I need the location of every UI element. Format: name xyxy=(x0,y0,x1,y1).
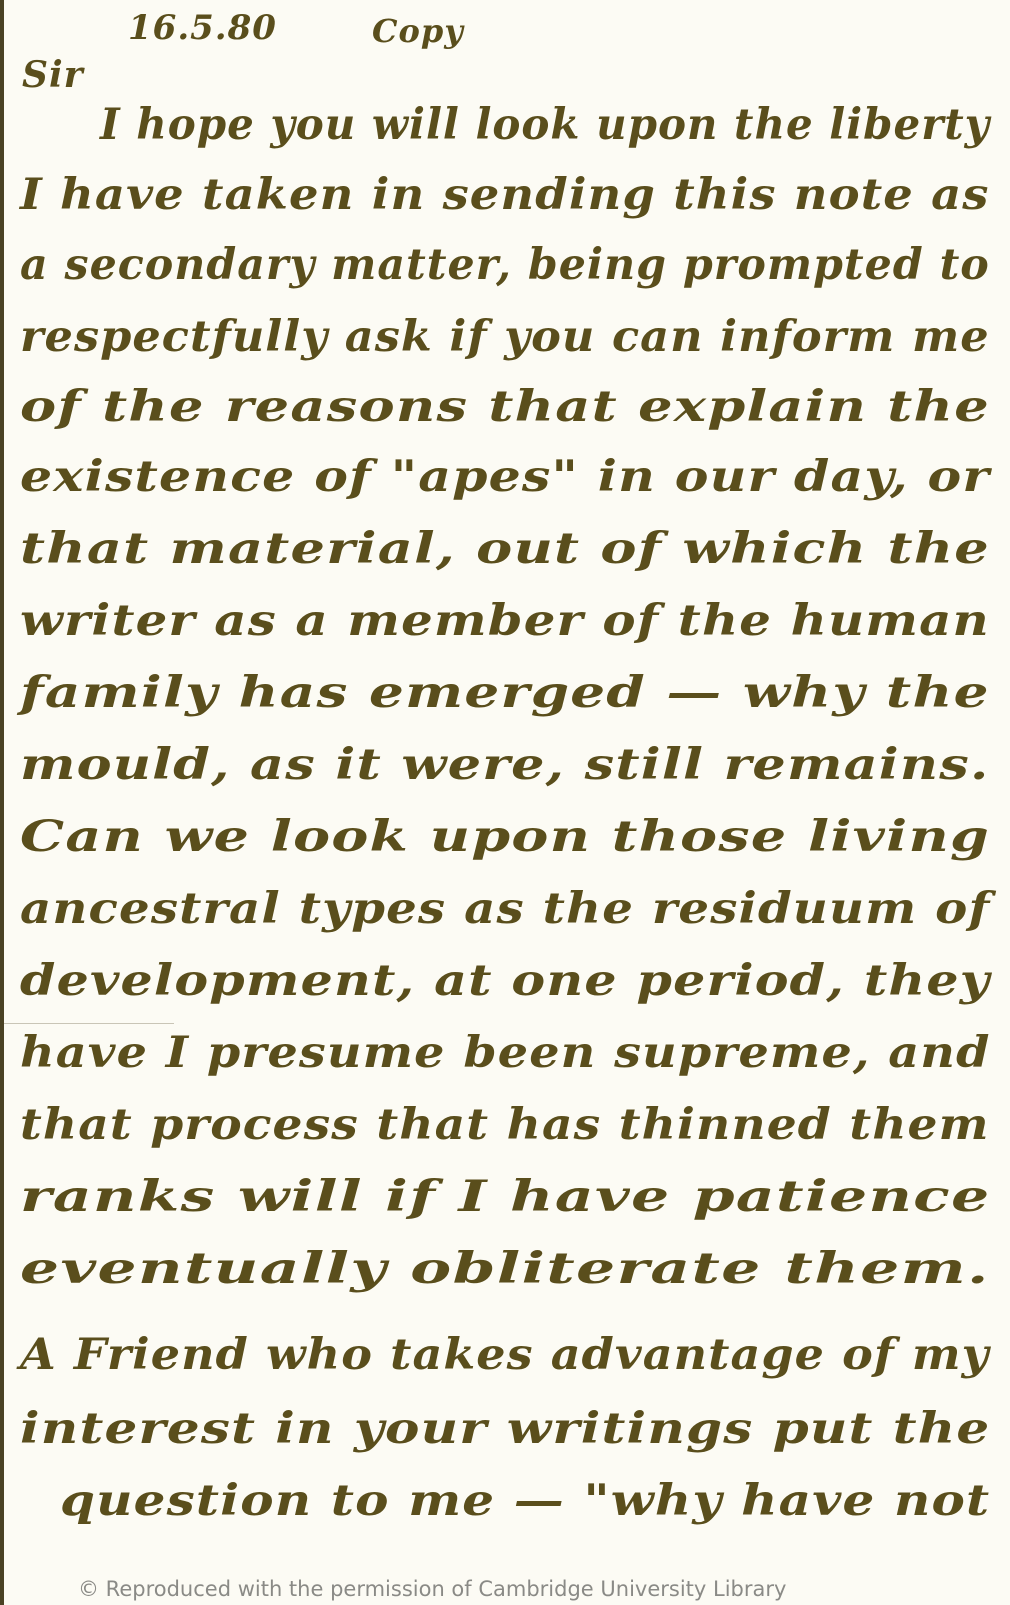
letter-line: question to me — "why have not xyxy=(60,1476,990,1526)
salutation: Sir xyxy=(22,54,84,96)
letter-line: of the reasons that explain the xyxy=(20,382,990,432)
letter-line: eventually obliterate them. xyxy=(20,1244,990,1294)
letter-line: existence of "apes" in our day, or xyxy=(20,452,990,502)
letter-line: ancestral types as the residuum of xyxy=(20,884,990,934)
letter-line: have I presume been supreme, and xyxy=(20,1028,991,1078)
page-edge xyxy=(0,0,4,1605)
letter-line: I hope you will look upon the liberty xyxy=(100,100,990,150)
letter-line: respectfully ask if you can inform me xyxy=(20,312,990,362)
letter-page: 16.5.80 Copy Sir I hope you will look up… xyxy=(0,0,1010,1605)
letter-line: A Friend who takes advantage of my xyxy=(20,1330,989,1380)
letter-line: interest in your writings put the xyxy=(20,1404,990,1454)
letter-line: family has emerged — why the xyxy=(20,668,990,718)
letter-line: development, at one period, they xyxy=(20,956,990,1006)
letter-line: ranks will if I have patience xyxy=(20,1172,990,1222)
letter-date: 16.5.80 xyxy=(128,8,277,48)
fold-line xyxy=(4,1023,174,1024)
letter-line: that process that has thinned them xyxy=(20,1100,990,1150)
letter-line: writer as a member of the human xyxy=(20,596,990,646)
copyright-notice: © Reproduced with the permission of Camb… xyxy=(78,1577,786,1601)
letter-line: mould, as it were, still remains. xyxy=(20,740,989,790)
letter-line: I have taken in sending this note as xyxy=(20,170,990,220)
letter-line: that material, out of which the xyxy=(20,524,990,574)
letter-line: a secondary matter, being prompted to xyxy=(20,240,990,290)
copy-annotation: Copy xyxy=(372,12,464,50)
letter-line: Can we look upon those living xyxy=(20,812,990,862)
